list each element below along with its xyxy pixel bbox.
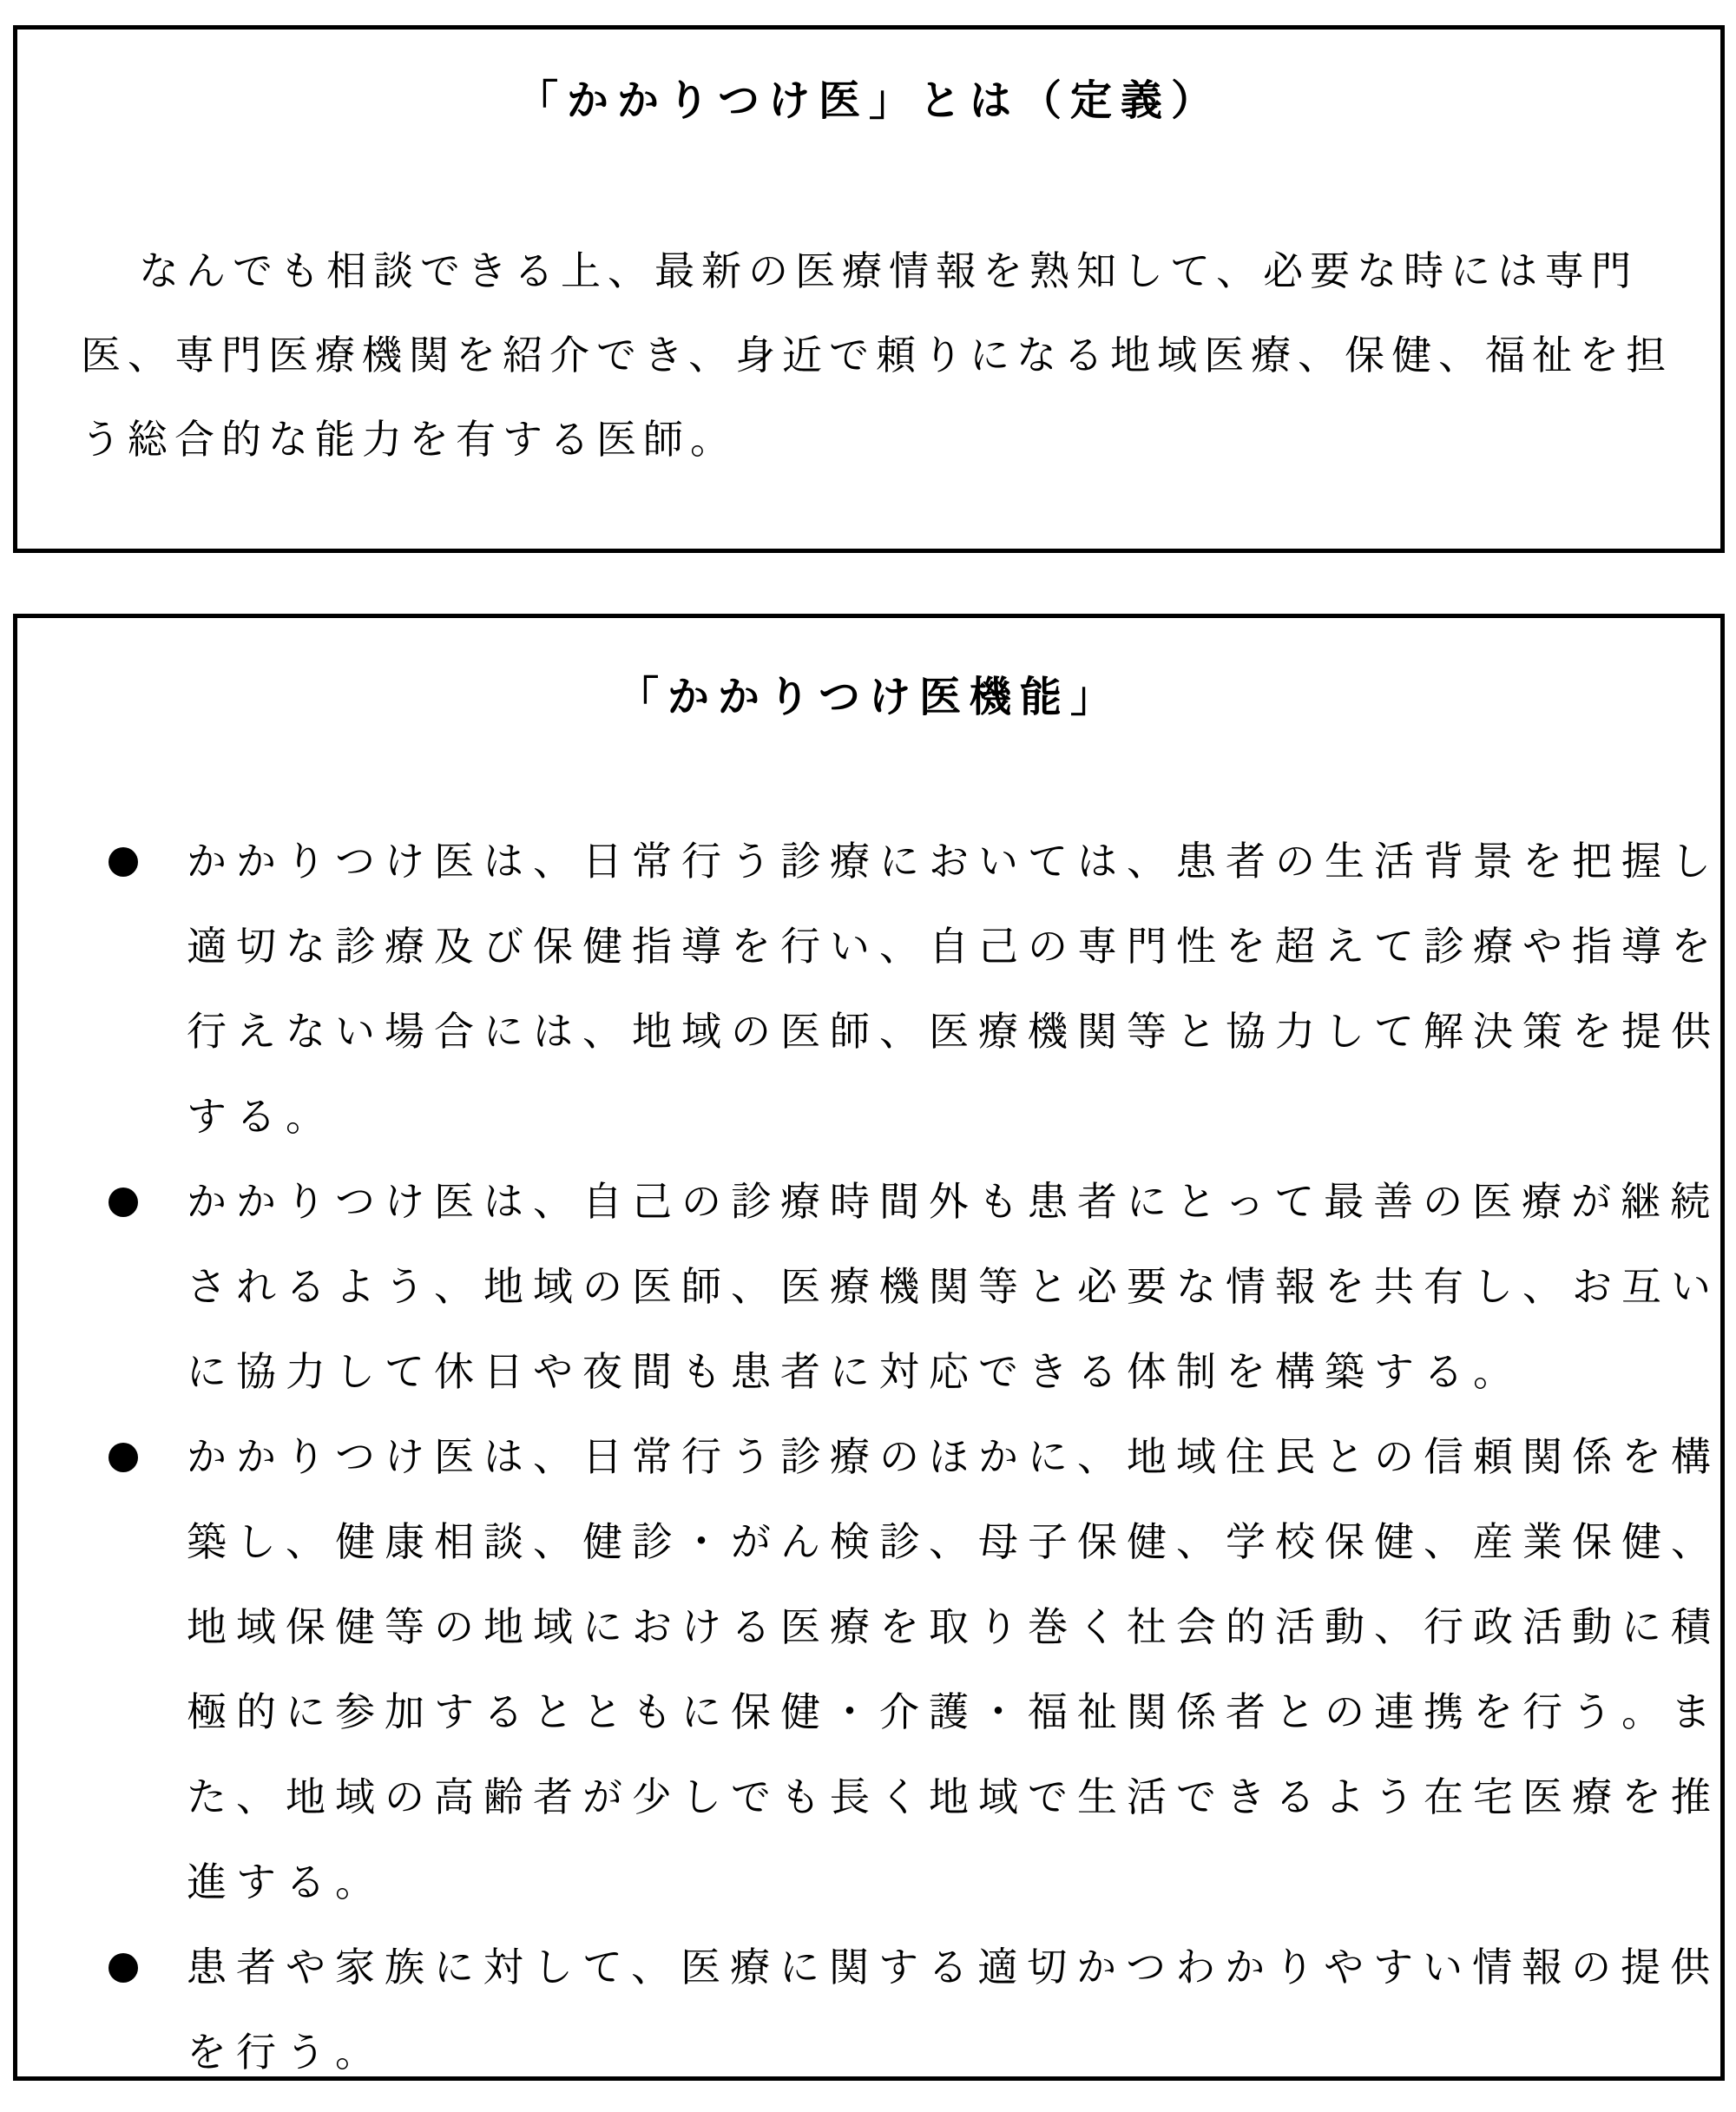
- bullet-icon: [108, 1443, 138, 1472]
- bullet-line: に協力して休日や夜間も患者に対応できる体制を構築する。: [187, 1330, 1720, 1415]
- functions-title: 「かかりつけ医機能」: [17, 674, 1720, 722]
- bullet-icon: [108, 1953, 138, 1983]
- functions-box: 「かかりつけ医機能」 かかりつけ医は、日常行う診療においては、患者の生活背景を把…: [13, 614, 1725, 2081]
- bullet-line: する。: [187, 1075, 1720, 1160]
- document-page: 「かかりつけ医」とは（定義） なんでも相談できる上、最新の医療情報を熟知して、必…: [0, 0, 1736, 2112]
- definition-paragraph: なんでも相談できる上、最新の医療情報を熟知して、必要な時には専門医、専門医療機関…: [17, 229, 1720, 482]
- bullet-line: を行う。: [187, 2010, 1720, 2081]
- bullet-line: 適切な診療及び保健指導を行い、自己の専門性を超えて診療や指導を: [187, 905, 1720, 990]
- bullet-line: 行えない場合には、地域の医師、医療機関等と協力して解決策を提供: [187, 990, 1720, 1075]
- bullet-line: かかりつけ医は、日常行う診療においては、患者の生活背景を把握し、: [187, 819, 1720, 905]
- bullet-line: かかりつけ医は、日常行う診療のほかに、地域住民との信頼関係を構: [187, 1415, 1720, 1500]
- bullet-line: 築し、健康相談、健診・がん検診、母子保健、学校保健、産業保健、: [187, 1500, 1720, 1585]
- bullet-icon: [108, 1188, 138, 1217]
- definition-title: 「かかりつけ医」とは（定義）: [17, 77, 1720, 126]
- bullet-line: た、地域の高齢者が少しでも長く地域で生活できるよう在宅医療を推: [187, 1755, 1720, 1840]
- bullet-item: かかりつけ医は、自己の診療時間外も患者にとって最善の医療が継続されるよう、地域の…: [187, 1160, 1720, 1415]
- definition-line: 医、専門医療機関を紹介でき、身近で頼りになる地域医療、保健、福祉を担: [81, 313, 1686, 398]
- bullet-line: かかりつけ医は、自己の診療時間外も患者にとって最善の医療が継続: [187, 1160, 1720, 1245]
- bullet-line: 進する。: [187, 1840, 1720, 1925]
- definition-line: う総合的な能力を有する医師。: [81, 398, 1686, 482]
- bullet-item: かかりつけ医は、日常行う診療のほかに、地域住民との信頼関係を構築し、健康相談、健…: [187, 1415, 1720, 1925]
- bullet-icon: [108, 847, 138, 877]
- bullet-item: かかりつけ医は、日常行う診療においては、患者の生活背景を把握し、適切な診療及び保…: [187, 819, 1720, 1160]
- definition-box: 「かかりつけ医」とは（定義） なんでも相談できる上、最新の医療情報を熟知して、必…: [13, 25, 1725, 553]
- bullet-line: されるよう、地域の医師、医療機関等と必要な情報を共有し、お互い: [187, 1245, 1720, 1330]
- bullet-line: 極的に参加するとともに保健・介護・福祉関係者との連携を行う。ま: [187, 1670, 1720, 1755]
- bullet-line: 地域保健等の地域における医療を取り巻く社会的活動、行政活動に積: [187, 1585, 1720, 1670]
- functions-bullet-list: かかりつけ医は、日常行う診療においては、患者の生活背景を把握し、適切な診療及び保…: [17, 819, 1720, 2081]
- bullet-item: 患者や家族に対して、医療に関する適切かつわかりやすい情報の提供を行う。: [187, 1925, 1720, 2081]
- definition-line: なんでも相談できる上、最新の医療情報を熟知して、必要な時には専門: [81, 229, 1686, 313]
- bullet-line: 患者や家族に対して、医療に関する適切かつわかりやすい情報の提供: [187, 1925, 1720, 2010]
